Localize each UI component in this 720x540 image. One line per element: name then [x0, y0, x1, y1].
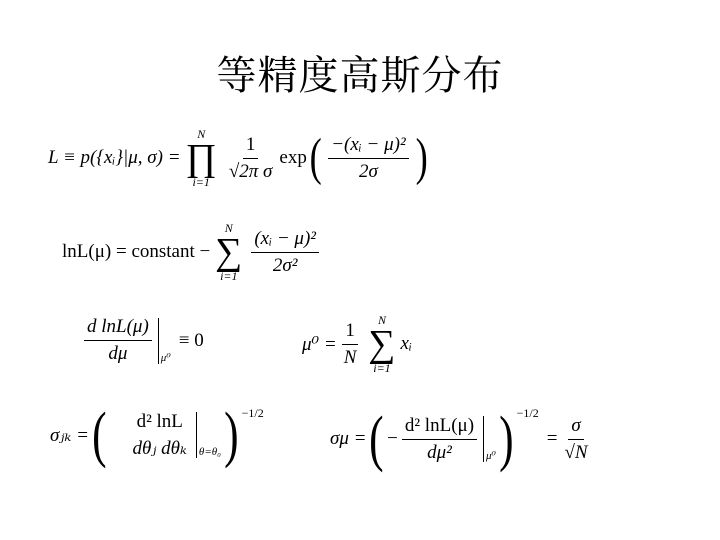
evaluation-bar: θ=θ₀ [196, 412, 221, 458]
right-paren: ) [224, 404, 238, 466]
left-paren: ( [309, 132, 321, 184]
exponent-fraction: −(xᵢ − μ)² 2σ [328, 134, 408, 183]
sigma-mu-minus: − [387, 428, 398, 450]
left-paren: ( [92, 404, 106, 466]
likelihood-lhs: L ≡ p({xᵢ}|μ, σ) = [48, 147, 181, 169]
sigma-mu-equation: σμ = ( − d² lnL(μ) dμ² μ⁰ ) −1/2 = σ √N [330, 408, 595, 470]
sigma-mu-lhs: σμ = [330, 428, 366, 450]
mean-term: xᵢ [401, 333, 412, 355]
sum-operator: N ∑ i=1 [215, 222, 242, 282]
derivative-fraction: d lnL(μ) dμ [84, 316, 152, 365]
mean-sum-operator: N ∑ i=1 [368, 314, 395, 374]
likelihood-equation: L ≡ p({xᵢ}|μ, σ) = N ∏ i=1 1 √2π σ exp (… [48, 128, 430, 188]
sigma-mu-result: σ √N [561, 415, 590, 464]
evaluation-bar: μ⁰ [158, 318, 171, 364]
mean-estimate-equation: μ⁰ = 1 N N ∑ i=1 xᵢ [302, 314, 412, 374]
right-paren: ) [415, 132, 427, 184]
log-likelihood-equation: lnL(μ) = constant − N ∑ i=1 (xᵢ − μ)² 2σ… [62, 222, 323, 282]
evaluation-bar: μ⁰ [483, 416, 496, 462]
sigma-jk-lhs: σⱼₖ = [50, 424, 89, 447]
normalization-fraction: 1 √2π σ [226, 134, 276, 183]
right-paren: ) [499, 408, 513, 470]
sigma-jk-exponent: −1/2 [242, 406, 264, 421]
log-likelihood-lhs: lnL(μ) = constant − [62, 241, 210, 263]
mean-fraction: 1 N [341, 320, 360, 369]
left-paren: ( [370, 408, 384, 470]
derivative-rhs: ≡ 0 [179, 330, 204, 352]
exp-label: exp [279, 147, 306, 169]
sigma-mu-fraction: d² lnL(μ) dμ² [402, 415, 477, 464]
sigma-mu-equals: = [547, 428, 558, 450]
derivative-condition-equation: d lnL(μ) dμ μ⁰ ≡ 0 [80, 316, 204, 365]
sigma-jk-fraction: d² lnL dθⱼ dθₖ [130, 411, 190, 460]
mean-lhs: μ⁰ = [302, 333, 337, 356]
product-operator: N ∏ i=1 [186, 128, 217, 188]
residual-fraction: (xᵢ − μ)² 2σ² [251, 228, 319, 277]
slide-title: 等精度高斯分布 [0, 44, 720, 101]
sigma-mu-exponent: −1/2 [517, 406, 539, 421]
sigma-jk-equation: σⱼₖ = ( d² lnL dθⱼ dθₖ θ=θ₀ ) −1/2 [50, 404, 264, 466]
